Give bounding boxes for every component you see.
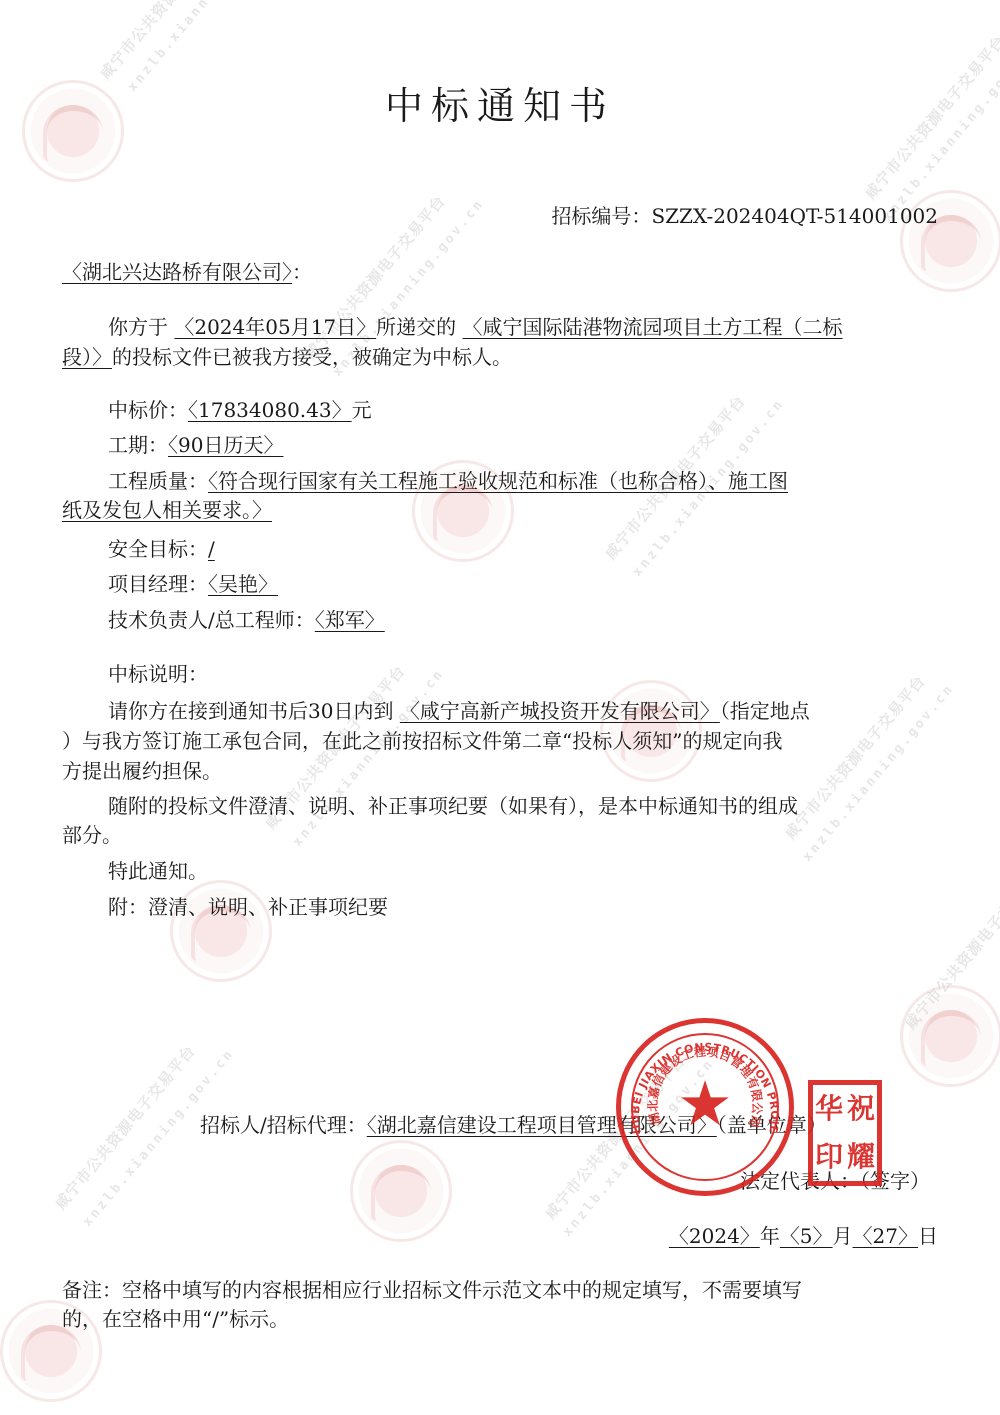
pm-label: 项目经理： xyxy=(108,572,208,596)
quality-row: 工程质量：〈符合现行国家有关工程施工验收规范和标准（也称合格）、施工图 xyxy=(108,467,788,495)
date-year: 〈2024〉 xyxy=(669,1224,760,1248)
para1-prefix: 你方于 xyxy=(108,315,174,339)
safety-row: 安全目标：/ xyxy=(108,535,215,563)
date-day-unit: 日 xyxy=(918,1224,938,1248)
tech-value: 〈郑军〉 xyxy=(315,608,385,632)
footnote-line2: 的，在空格中用“/”标示。 xyxy=(62,1305,289,1333)
notes-para-a-line2: ）与我方签订施工承包合同，在此之前按招标文件第二章“投标人须知”的规定向我 xyxy=(62,727,782,755)
pm-value: 〈吴艳〉 xyxy=(208,572,278,596)
safety-label: 安全目标： xyxy=(108,537,208,561)
para1-suffix: 的投标文件已被我方接受，被确定为中标人。 xyxy=(112,345,512,369)
signature-date: 〈2024〉年〈5〉月〈27〉日 xyxy=(669,1222,938,1250)
notes-para-a-line3: 方提出履约担保。 xyxy=(62,757,222,785)
date-year-unit: 年 xyxy=(760,1224,780,1248)
notes-heading: 中标说明： xyxy=(108,660,208,688)
project-name: 〈咸宁国际陆港物流园项目土方工程（二标 xyxy=(463,315,843,339)
safety-value: / xyxy=(208,537,215,561)
para1-line1: 你方于 〈2024年05月17日〉所递交的 〈咸宁国际陆港物流园项目土方工程（二… xyxy=(108,313,843,341)
para1-line2: 段）〉的投标文件已被我方接受，被确定为中标人。 xyxy=(62,343,512,371)
document-title: 中标通知书 xyxy=(0,75,1000,130)
seal-char: 印 xyxy=(813,1143,845,1171)
pm-row: 项目经理：〈吴艳〉 xyxy=(108,570,278,598)
recipient-suffix: ： xyxy=(292,260,312,284)
quality-value: 〈符合现行国家有关工程施工验收规范和标准（也称合格）、施工图 xyxy=(208,469,788,493)
document-body: 中标通知书 招标编号：SZZX-202404QT-514001002 〈湖北兴达… xyxy=(0,0,1000,1415)
price-row: 中标价：〈17834080.43〉元 xyxy=(108,396,372,424)
company-seal: HUBEI JIAXIN CONSTRUCTION PROJECT MANAGE… xyxy=(616,1018,794,1196)
notes-para-b-line1: 随附的投标文件澄清、说明、补正事项纪要（如果有），是本中标通知书的组成 xyxy=(108,792,798,820)
quality-row-cont: 纸及发包人相关要求。〉 xyxy=(62,496,272,524)
project-name-cont: 段）〉 xyxy=(62,345,112,369)
date-month: 〈5〉 xyxy=(780,1224,833,1248)
para1-mid: 所递交的 xyxy=(376,315,462,339)
seal-char: 华 xyxy=(813,1095,845,1123)
price-label: 中标价： xyxy=(108,398,188,422)
duration-row: 工期：〈90日历天〉 xyxy=(108,431,283,459)
duration-label: 工期： xyxy=(108,433,168,457)
seal-char: 耀 xyxy=(845,1143,877,1171)
tech-label: 技术负责人/总工程师： xyxy=(108,608,315,632)
contract-location: 〈咸宁高新产城投资开发有限公司〉 xyxy=(400,699,720,723)
closing-text: 特此通知。 xyxy=(108,857,208,885)
quality-label: 工程质量： xyxy=(108,469,208,493)
attachment-text: 附：澄清、说明、补正事项纪要 xyxy=(108,893,388,921)
tech-row: 技术负责人/总工程师：〈郑军〉 xyxy=(108,606,385,634)
star-icon: ★ xyxy=(677,1073,733,1135)
notes-para-b-line2: 部分。 xyxy=(62,821,122,849)
personal-seal: 华 祝 印 耀 xyxy=(808,1080,882,1186)
quality-value-cont: 纸及发包人相关要求。〉 xyxy=(62,498,272,522)
footnote-line1: 备注：空格中填写的内容根据相应行业招标文件示范文本中的规定填写，不需要填写 xyxy=(62,1276,802,1304)
date-month-unit: 月 xyxy=(833,1224,853,1248)
recipient-name: 〈湖北兴达路桥有限公司〉 xyxy=(62,260,292,284)
notes-para-a-line1: 请你方在接到通知书后30日内到 〈咸宁高新产城投资开发有限公司〉（指定地点 xyxy=(108,697,810,725)
submission-date: 〈2024年05月17日〉 xyxy=(174,315,376,339)
price-unit: 元 xyxy=(352,398,372,422)
agent-label: 招标人/招标代理： xyxy=(200,1113,367,1137)
date-day: 〈27〉 xyxy=(853,1224,918,1248)
notes-para-a-prefix: 请你方在接到通知书后30日内到 xyxy=(108,699,400,723)
bid-number-label: 招标编号： xyxy=(551,204,651,228)
price-value: 〈17834080.43〉 xyxy=(188,398,352,422)
bid-number-value: SZZX-202404QT-514001002 xyxy=(651,204,938,228)
recipient: 〈湖北兴达路桥有限公司〉： xyxy=(62,258,312,286)
bid-number: 招标编号：SZZX-202404QT-514001002 xyxy=(551,202,938,230)
notes-para-a-suffix: （指定地点 xyxy=(720,699,810,723)
duration-value: 〈90日历天〉 xyxy=(168,433,283,457)
seal-char: 祝 xyxy=(845,1095,877,1123)
